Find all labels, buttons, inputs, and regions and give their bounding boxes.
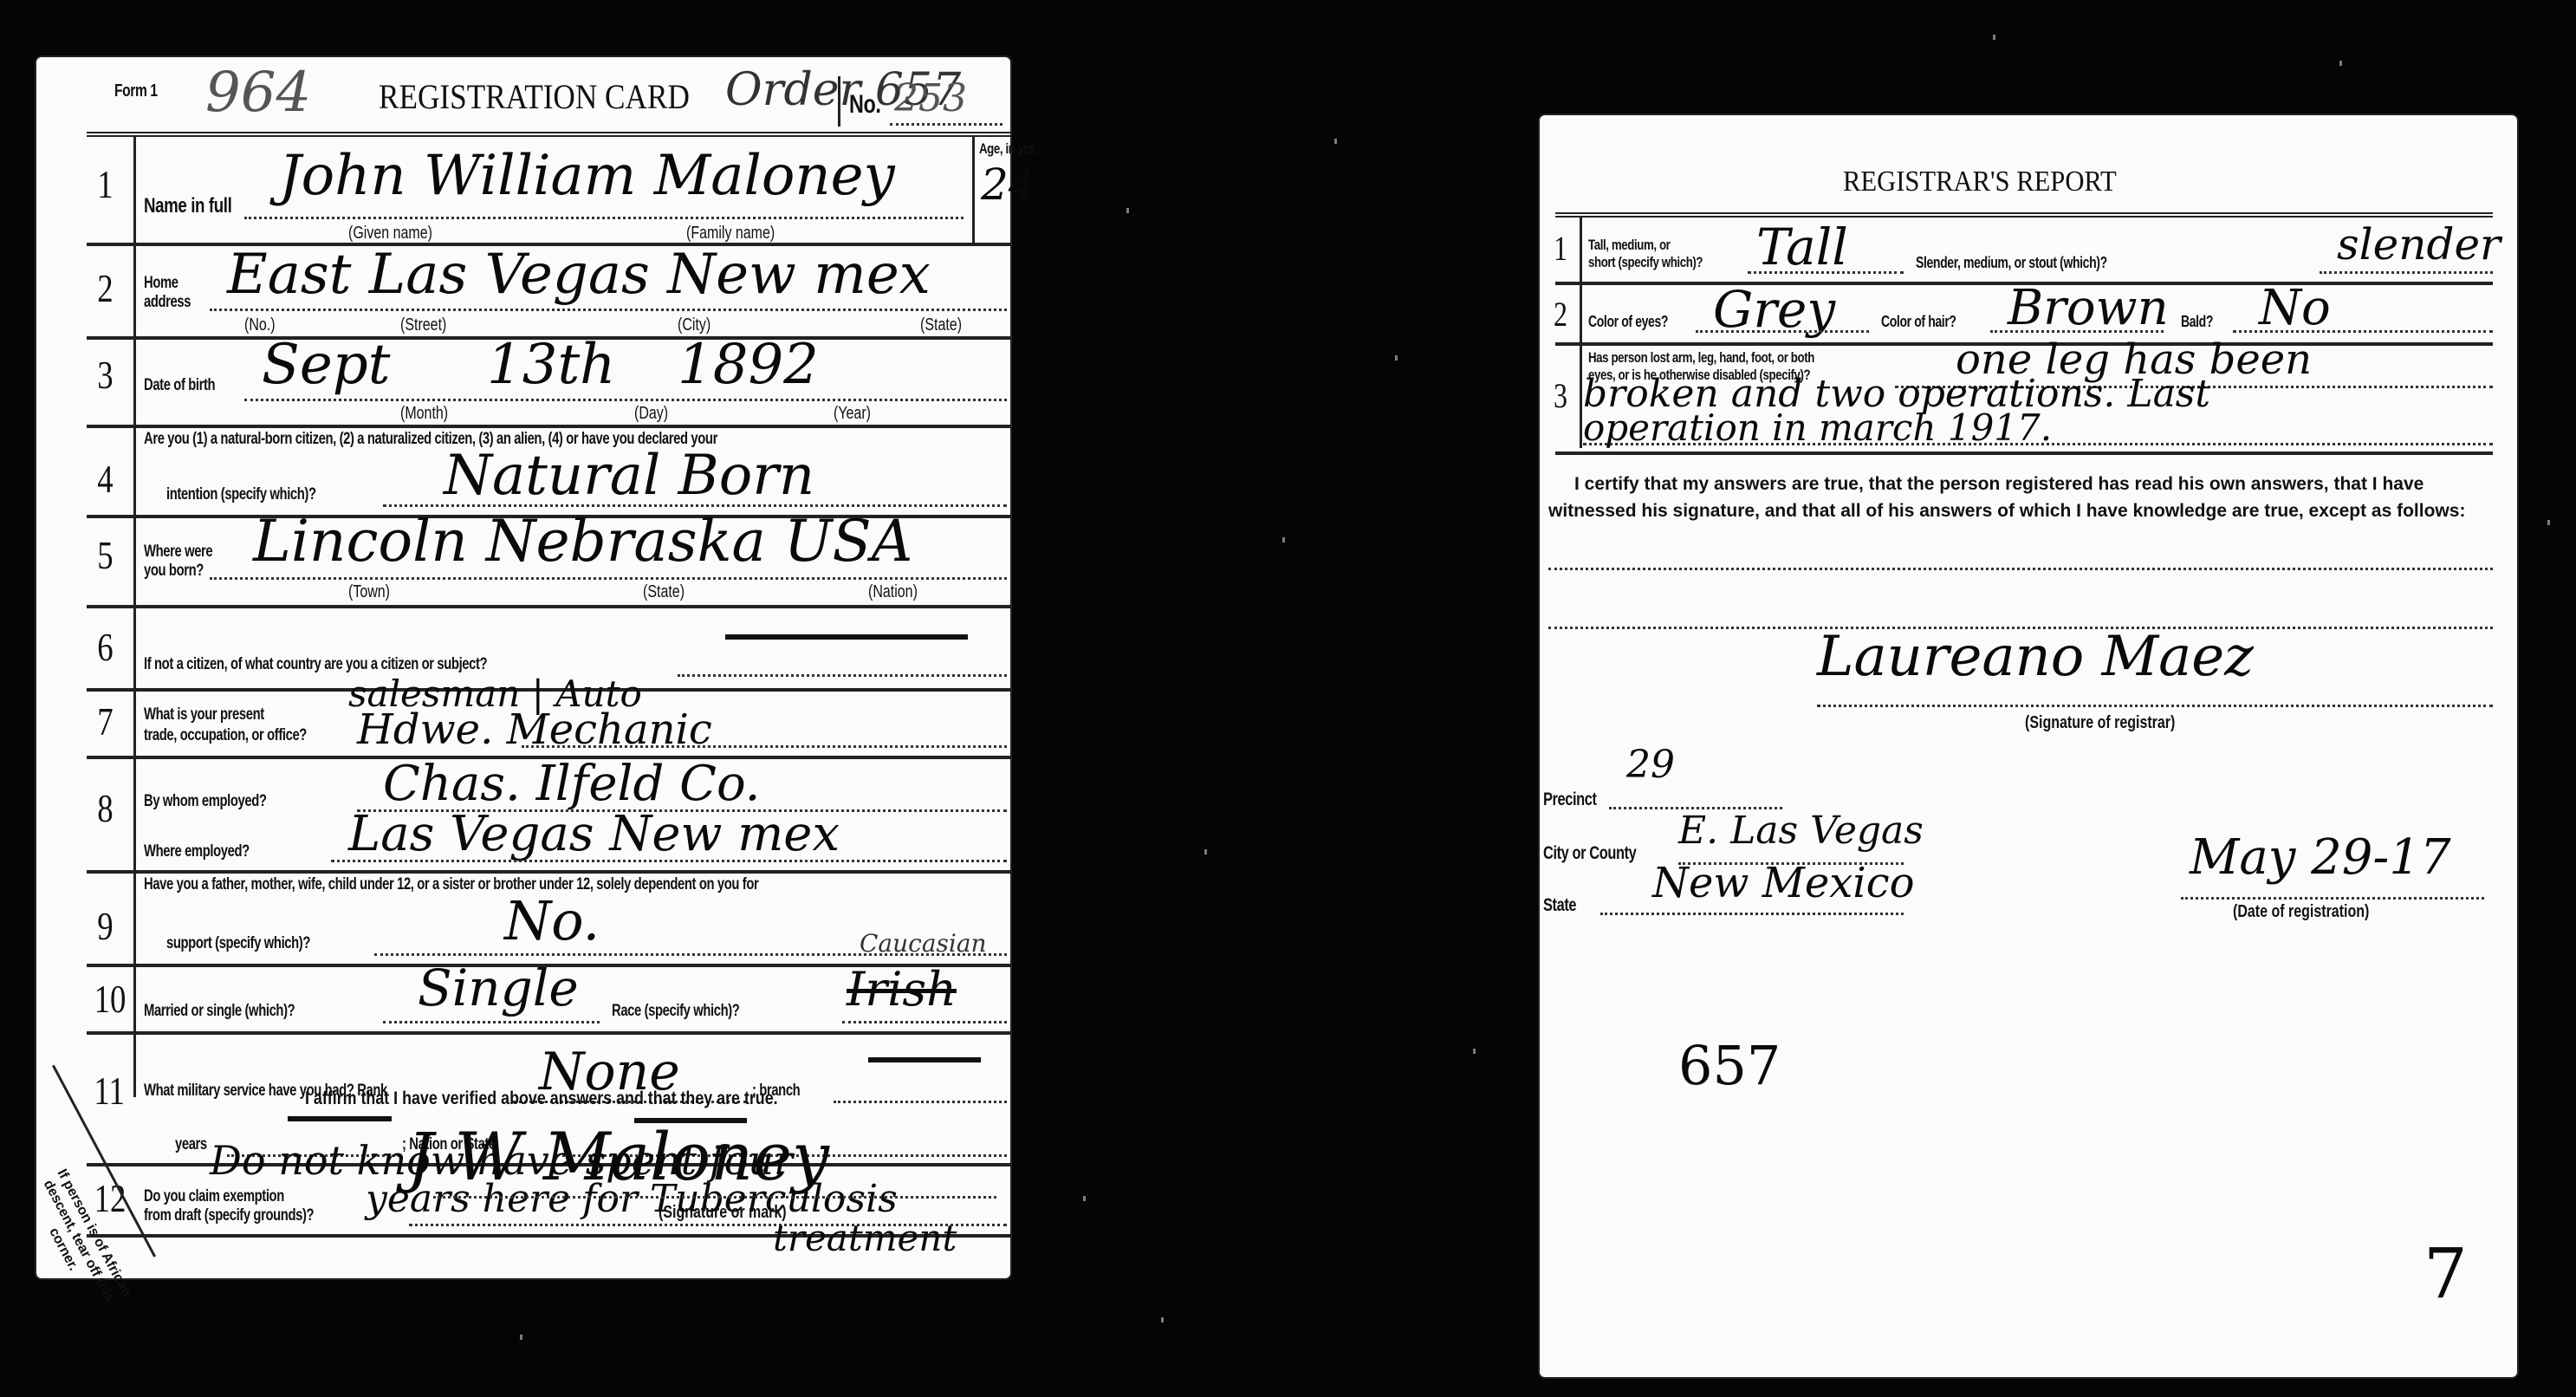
age-value: 24	[981, 159, 1036, 210]
row-number-1: 1	[97, 161, 113, 207]
sublabel-nation: (Nation)	[868, 582, 918, 602]
state-value: New Mexico	[1652, 859, 1915, 907]
order-number-handwritten: 657	[1678, 1034, 1781, 1097]
height-label-2: short (specify which)?	[1588, 254, 1703, 271]
sublabel-family-name: (Family name)	[686, 224, 775, 244]
report-title: REGISTRAR'S REPORT	[1843, 166, 2117, 198]
hair-color-label: Color of hair?	[1881, 313, 1956, 331]
marital-value: Single	[418, 958, 579, 1017]
precinct-label: Precinct	[1543, 789, 1597, 810]
serial-handwritten: 964	[205, 61, 311, 125]
military-years-label: years	[175, 1135, 207, 1154]
card-title: REGISTRATION CARD	[379, 76, 690, 117]
occupation-label-1: What is your present	[144, 705, 264, 724]
build-value: slender	[2337, 219, 2501, 270]
age-label: Age, in yrs.	[979, 140, 1037, 158]
name-value: John William Maloney	[279, 144, 895, 208]
race-correction: Caucasian	[860, 929, 987, 958]
dependents-label: support (specify which)?	[166, 934, 310, 953]
employment-place-value: Las Vegas New mex	[348, 806, 840, 862]
report-row-number-2: 2	[1554, 294, 1567, 335]
registration-date-label: (Date of registration)	[2233, 902, 2369, 922]
race-value: Irish	[847, 962, 957, 1017]
row-number-6: 6	[97, 624, 113, 670]
affirmation-text: I affirm that I have verified above answ…	[305, 1088, 778, 1109]
row-number-11: 11	[94, 1068, 124, 1114]
sublabel-state-born: (State)	[643, 582, 685, 602]
sublabel-given-name: (Given name)	[348, 224, 432, 244]
precinct-value: 29	[1626, 743, 1675, 787]
eye-color-label: Color of eyes?	[1588, 313, 1668, 331]
foreign-citizen-dash	[725, 634, 968, 640]
years-dash	[288, 1116, 392, 1121]
registrant-signature: J W Maloney	[407, 1118, 829, 1195]
registrant-signature-label: (Signature or mark)	[659, 1203, 787, 1223]
employer-value: Chas. Ilfeld Co.	[383, 756, 760, 812]
sublabel-state: (State)	[920, 315, 962, 335]
employment-place-label: Where employed?	[144, 842, 250, 861]
row-number-2: 2	[97, 265, 113, 311]
name-label: Name in full	[144, 194, 231, 218]
home-address-label-2: address	[144, 293, 191, 312]
birthplace-value: Lincoln Nebraska USA	[253, 508, 912, 575]
sublabel-day: (Day)	[634, 404, 668, 424]
number-label: No.	[849, 90, 881, 120]
city-value: E. Las Vegas	[1678, 809, 1924, 853]
number-value: 253	[894, 76, 967, 120]
dob-year: 1892	[678, 333, 819, 397]
occupation-label-2: trade, occupation, or office?	[144, 726, 307, 745]
home-address-value: East Las Vegas New mex	[227, 243, 931, 307]
row-number-3: 3	[97, 352, 113, 398]
birthplace-label-2: you born?	[144, 562, 204, 581]
hair-color-value: Brown	[2008, 280, 2169, 336]
employer-label: By whom employed?	[144, 792, 267, 811]
bald-label: Bald?	[2181, 313, 2213, 331]
left-card-bottom	[36, 1187, 1010, 1278]
disability-label-1: Has person lost arm, leg, hand, foot, or…	[1588, 349, 1814, 367]
row-number-10: 10	[94, 976, 127, 1022]
dob-month: Sept	[262, 333, 390, 397]
row-number-7: 7	[97, 698, 113, 744]
page-mark: 7	[2424, 1233, 2468, 1314]
birthplace-label-1: Where were	[144, 543, 212, 562]
citizenship-value: Natural Born	[444, 444, 814, 508]
dependents-question: Have you a father, mother, wife, child u…	[144, 875, 758, 894]
row-number-5: 5	[97, 532, 113, 578]
sublabel-town: (Town)	[348, 582, 390, 602]
marital-label: Married or single (which)?	[144, 1002, 295, 1021]
height-value: Tall	[1756, 218, 1848, 276]
registrar-signature-label: (Signature of registrar)	[2025, 713, 2175, 733]
build-label: Slender, medium, or stout (which)?	[1916, 254, 2107, 272]
dependents-value: No.	[504, 889, 600, 952]
dob-label: Date of birth	[144, 376, 215, 395]
home-address-label-1: Home	[144, 274, 178, 293]
branch-dash	[868, 1057, 981, 1062]
registrars-report-card: REGISTRAR'S REPORT 1 Tall, medium, or sh…	[1540, 115, 2517, 1377]
row-number-4: 4	[97, 456, 113, 502]
bald-value: No	[2259, 280, 2331, 336]
sublabel-year: (Year)	[834, 404, 871, 424]
row-number-8: 8	[97, 785, 113, 831]
race-label: Race (specify which)?	[612, 1002, 739, 1021]
citizenship-label: intention (specify which)?	[166, 485, 316, 504]
city-label: City or County	[1543, 843, 1636, 864]
height-label-1: Tall, medium, or	[1588, 237, 1670, 254]
registration-date-value: May 29-17	[2190, 829, 2451, 886]
registrar-signature: Laureano Maez	[1817, 625, 2254, 689]
certification-text: I certify that my answers are true, that…	[1548, 471, 2493, 524]
report-row-number-1: 1	[1554, 228, 1567, 269]
state-label: State	[1543, 895, 1576, 916]
row-number-9: 9	[97, 903, 113, 949]
sublabel-month: (Month)	[400, 404, 448, 424]
report-row-number-3: 3	[1554, 375, 1567, 416]
sublabel-street: (Street)	[400, 315, 446, 335]
dob-day: 13th	[487, 333, 615, 397]
foreign-citizen-label: If not a citizen, of what country are yo…	[144, 655, 487, 674]
form-label: Form 1	[114, 81, 158, 101]
